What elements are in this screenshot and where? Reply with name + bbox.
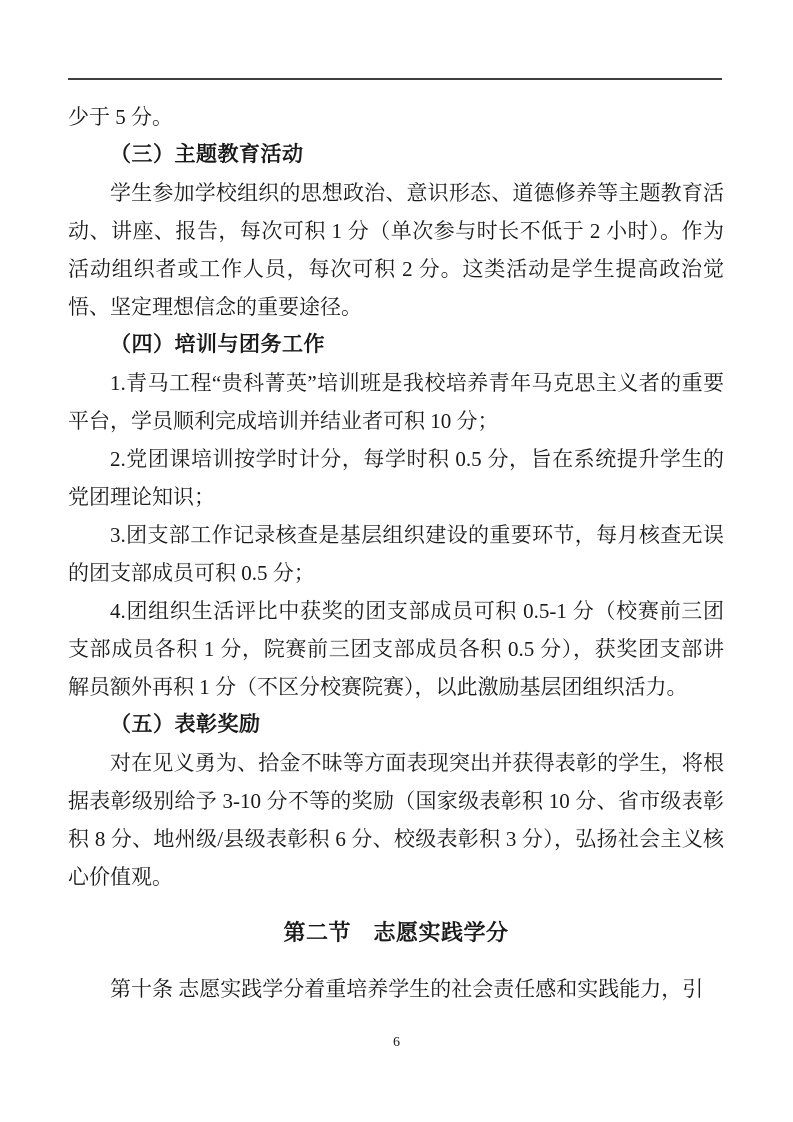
section-heading: 第二节 志愿实践学分 [68, 914, 724, 952]
paragraph-continuation: 少于 5 分。 [68, 98, 724, 136]
list-item-2: 2.党团课培训按学时计分，每学时积 0.5 分，旨在系统提升学生的党团理论知识； [68, 440, 724, 516]
list-item-1: 1.青马工程“贵科菁英”培训班是我校培养青年马克思主义者的重要平台，学员顺利完成… [68, 364, 724, 440]
paragraph: 学生参加学校组织的思想政治、意识形态、道德修养等主题教育活动、讲座、报告，每次可… [68, 174, 724, 326]
page-number: 6 [0, 1035, 793, 1051]
paragraph: 对在见义勇为、拾金不昧等方面表现突出并获得表彰的学生，将根据表彰级别给予 3-1… [68, 744, 724, 896]
subsection-heading-4: （四）培训与团务工作 [68, 326, 724, 364]
list-item-3: 3.团支部工作记录核查是基层组织建设的重要环节，每月核查无误的团支部成员可积 0… [68, 516, 724, 592]
document-page: 少于 5 分。 （三）主题教育活动 学生参加学校组织的思想政治、意识形态、道德修… [0, 0, 793, 1122]
document-body: 少于 5 分。 （三）主题教育活动 学生参加学校组织的思想政治、意识形态、道德修… [68, 98, 724, 1008]
header-rule [68, 78, 722, 80]
subsection-heading-5: （五）表彰奖励 [68, 706, 724, 744]
subsection-heading-3: （三）主题教育活动 [68, 136, 724, 174]
paragraph-article-10: 第十条 志愿实践学分着重培养学生的社会责任感和实践能力，引 [68, 970, 724, 1008]
list-item-4: 4.团组织生活评比中获奖的团支部成员可积 0.5-1 分（校赛前三团支部成员各积… [68, 592, 724, 706]
